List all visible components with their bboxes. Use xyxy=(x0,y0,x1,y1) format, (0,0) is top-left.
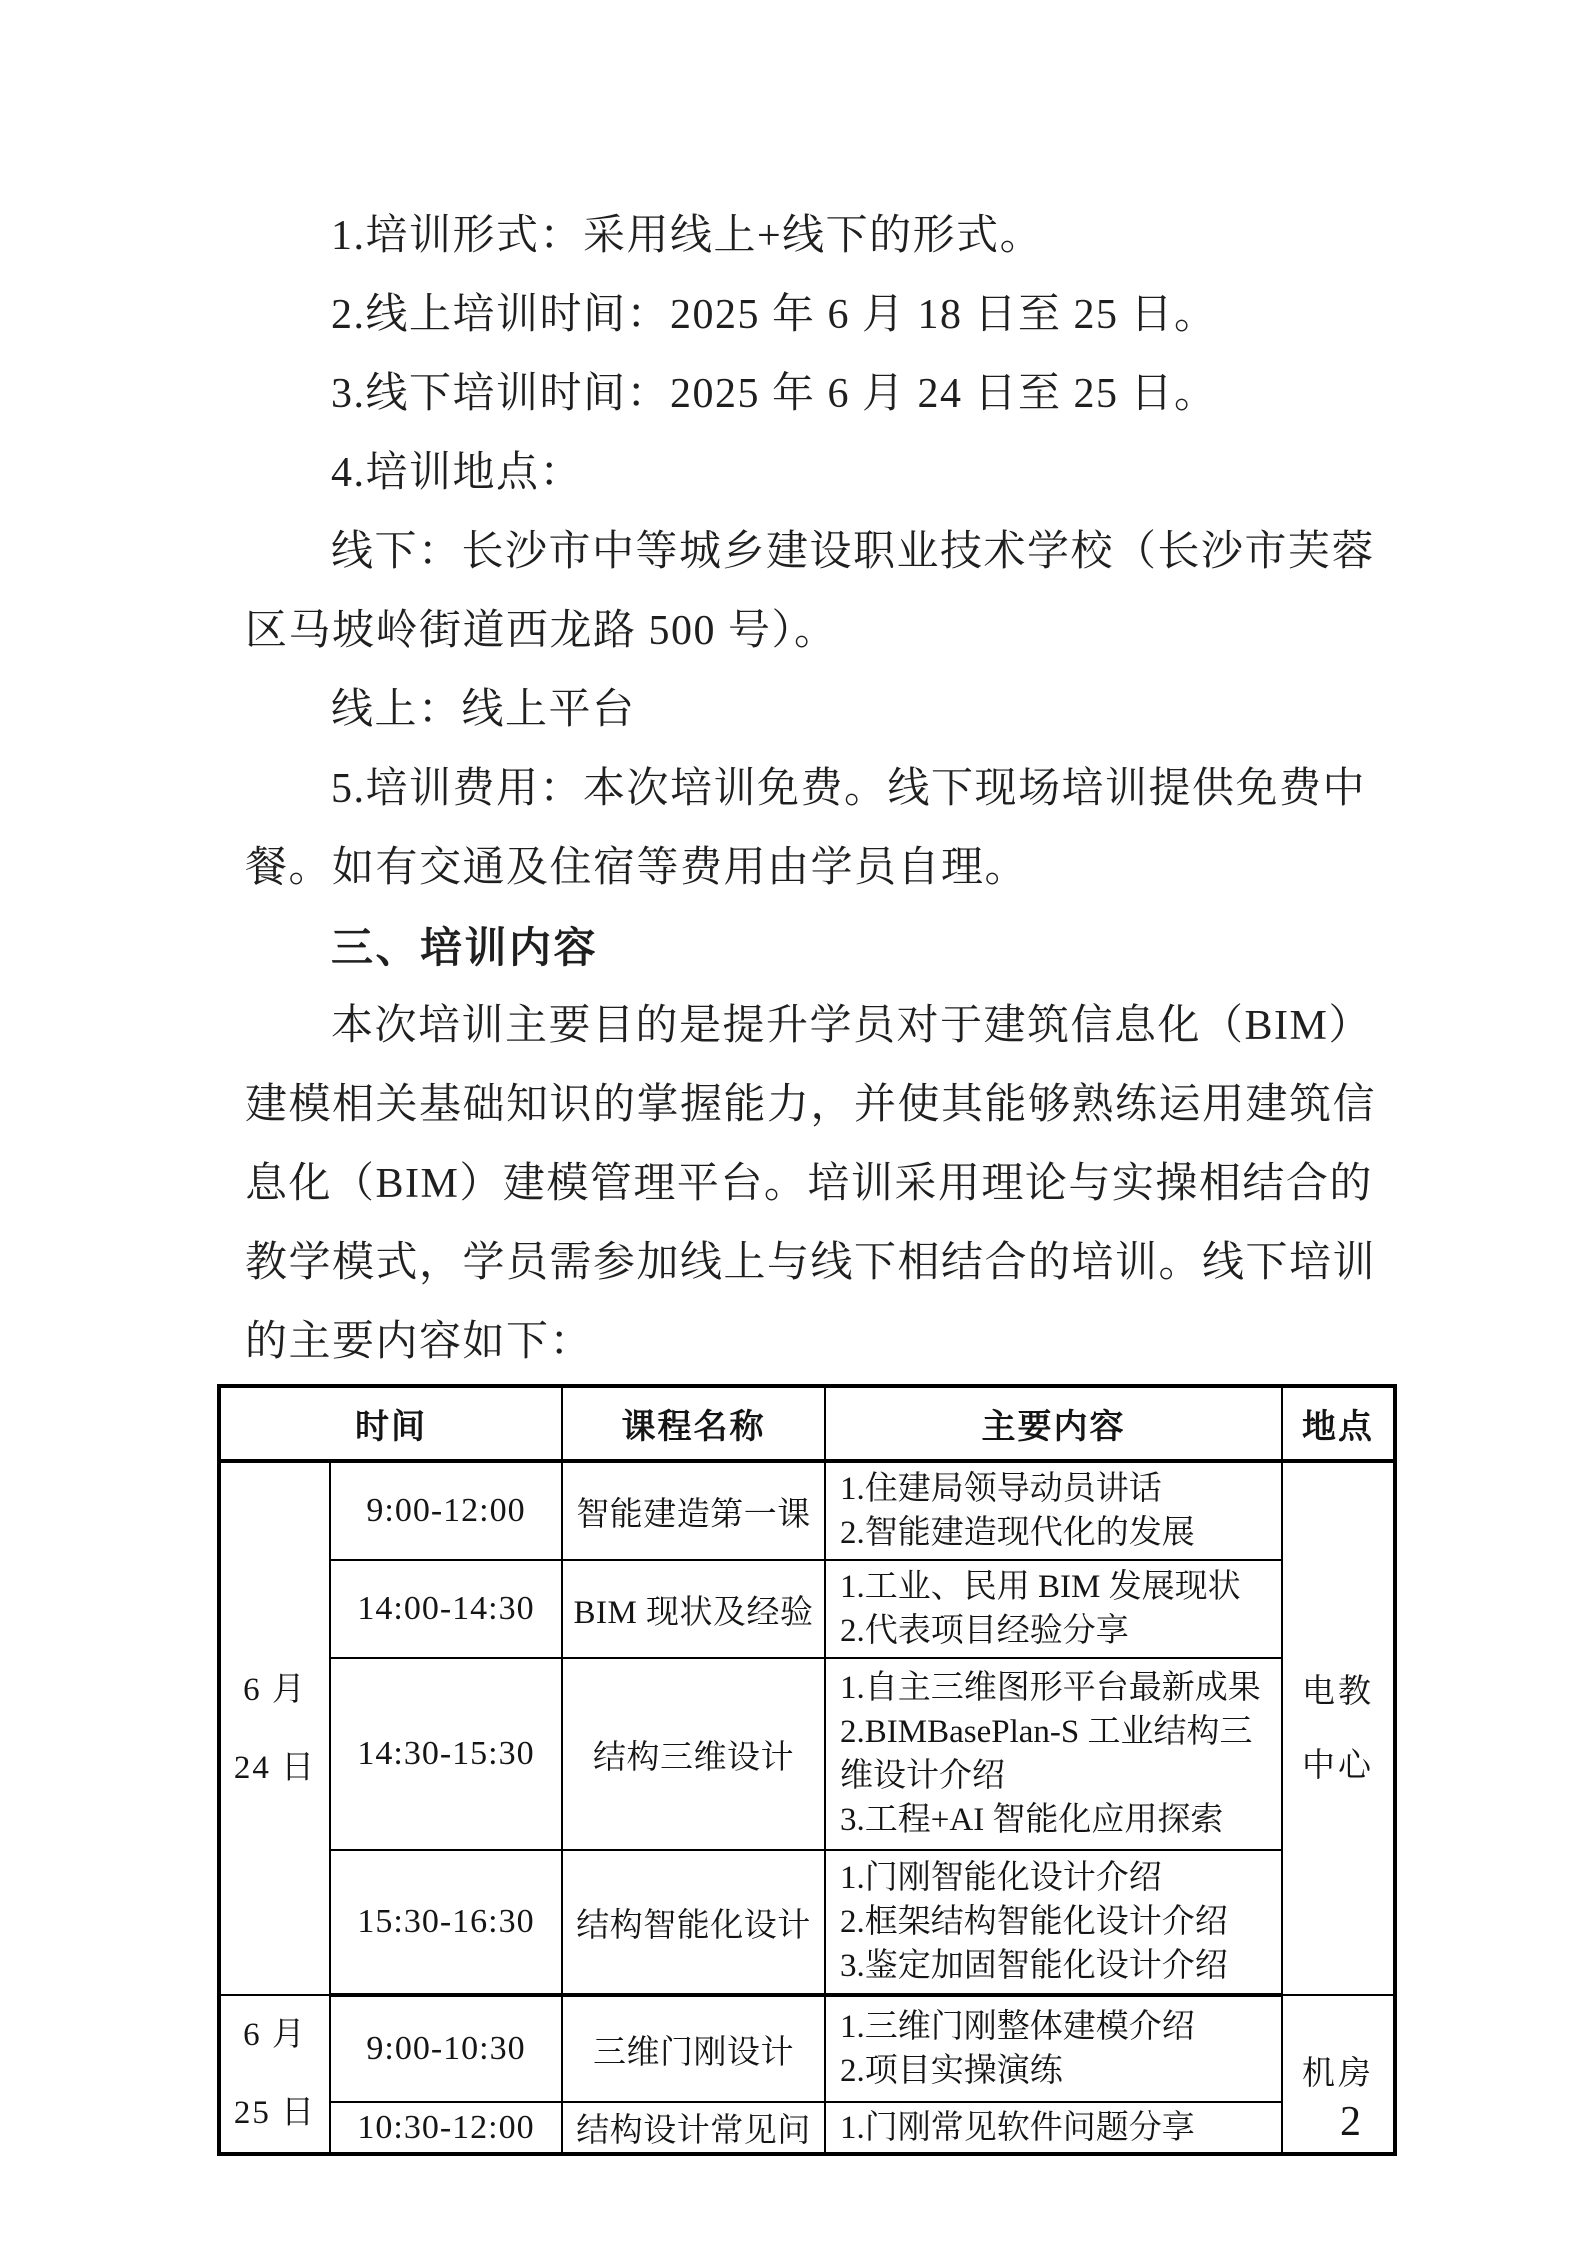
time-cell: 10:30-12:00 xyxy=(330,2102,562,2154)
table-header-course: 课程名称 xyxy=(562,1386,825,1461)
content-line: 1.三维门刚整体建模介绍 xyxy=(840,2005,1275,2049)
content-line: 1.门刚智能化设计介绍 xyxy=(840,1856,1275,1900)
paragraph-line-online-platform: 线上：线上平台 xyxy=(245,671,1395,750)
table-header-time: 时间 xyxy=(219,1386,562,1461)
paragraph-line-location-label: 4.培训地点： xyxy=(245,434,1395,513)
table-row: 6 月 25 日 9:00-10:30 三维门刚设计 1.三维门刚整体建模介绍 … xyxy=(219,1995,1395,2102)
content-cell: 1.自主三维图形平台最新成果 2.BIMBasePlan-S 工业结构三 维设计… xyxy=(825,1658,1282,1850)
course-cell: 结构三维设计 xyxy=(562,1658,825,1850)
content-line: 2.框架结构智能化设计介绍 xyxy=(840,1900,1275,1944)
paragraph-line-training-format: 1.培训形式：采用线上+线下的形式。 xyxy=(245,197,1395,276)
paragraph-line-purpose-2: 建模相关基础知识的掌握能力，并使其能够熟练运用建筑信 xyxy=(245,1066,1395,1145)
content-line: 3.工程+AI 智能化应用探索 xyxy=(840,1798,1275,1842)
time-cell: 14:30-15:30 xyxy=(330,1658,562,1850)
paragraph-line-offline-address-2: 区马坡岭街道西龙路 500 号）。 xyxy=(245,592,1395,671)
paragraph-line-online-time: 2.线上培训时间：2025 年 6 月 18 日至 25 日。 xyxy=(245,276,1395,355)
document-body: 1.培训形式：采用线上+线下的形式。 2.线上培训时间：2025 年 6 月 1… xyxy=(245,197,1395,1382)
content-line: 1.工业、民用 BIM 发展现状 xyxy=(840,1565,1275,1609)
table-row: 10:30-12:00 结构设计常见问 1.门刚常见软件问题分享 xyxy=(219,2102,1395,2154)
content-line: 1.门刚常见软件问题分享 xyxy=(840,2111,1275,2145)
content-line: 1.自主三维图形平台最新成果 xyxy=(840,1666,1275,1710)
date-line: 24 日 xyxy=(221,1729,329,1807)
table-row: 14:00-14:30 BIM 现状及经验 1.工业、民用 BIM 发展现状 2… xyxy=(219,1560,1395,1658)
paragraph-line-fee-1: 5.培训费用：本次培训免费。线下现场培训提供免费中 xyxy=(245,750,1395,829)
table-row: 15:30-16:30 结构智能化设计 1.门刚智能化设计介绍 2.框架结构智能… xyxy=(219,1850,1395,1995)
time-cell: 9:00-12:00 xyxy=(330,1461,562,1560)
time-cell: 15:30-16:30 xyxy=(330,1850,562,1995)
content-cell: 1.三维门刚整体建模介绍 2.项目实操演练 xyxy=(825,1995,1282,2102)
date-cell-june-25: 6 月 25 日 xyxy=(219,1995,330,2154)
paragraph-line-purpose-4: 教学模式，学员需参加线上与线下相结合的培训。线下培训 xyxy=(245,1224,1395,1303)
table-header-content: 主要内容 xyxy=(825,1386,1282,1461)
content-line: 2.智能建造现代化的发展 xyxy=(840,1511,1275,1555)
content-line: 2.BIMBasePlan-S 工业结构三 xyxy=(840,1710,1275,1754)
table-row: 14:30-15:30 结构三维设计 1.自主三维图形平台最新成果 2.BIMB… xyxy=(219,1658,1395,1850)
table-row: 6 月 24 日 9:00-12:00 智能建造第一课 1.住建局领导动员讲话 … xyxy=(219,1461,1395,1560)
content-line: 1.住建局领导动员讲话 xyxy=(840,1467,1275,1511)
table-header-location: 地点 xyxy=(1282,1386,1395,1461)
content-line: 3.鉴定加固智能化设计介绍 xyxy=(840,1944,1275,1988)
paragraph-line-purpose-3: 息化（BIM）建模管理平台。培训采用理论与实操相结合的 xyxy=(245,1145,1395,1224)
location-line: 电教 xyxy=(1283,1655,1393,1729)
paragraph-line-fee-2: 餐。如有交通及住宿等费用由学员自理。 xyxy=(245,829,1395,908)
content-cell: 1.门刚常见软件问题分享 xyxy=(825,2102,1282,2154)
date-cell-june-24: 6 月 24 日 xyxy=(219,1461,330,1995)
paragraph-line-offline-address-1: 线下：长沙市中等城乡建设职业技术学校（长沙市芙蓉 xyxy=(245,513,1395,592)
time-cell: 14:00-14:30 xyxy=(330,1560,562,1658)
section-heading-training-content: 三、培训内容 xyxy=(245,908,1395,987)
schedule-table: 时间 课程名称 主要内容 地点 6 月 24 日 9:00-12:00 智能建造… xyxy=(217,1384,1397,2156)
location-cell-av-center: 电教 中心 xyxy=(1282,1461,1395,1995)
location-line: 机房 xyxy=(1283,2037,1393,2111)
paragraph-line-offline-time: 3.线下培训时间：2025 年 6 月 24 日至 25 日。 xyxy=(245,355,1395,434)
course-cell: 三维门刚设计 xyxy=(562,1995,825,2102)
paragraph-line-purpose-5: 的主要内容如下： xyxy=(245,1303,1395,1382)
content-line: 2.项目实操演练 xyxy=(840,2049,1275,2093)
date-line: 6 月 xyxy=(221,1651,329,1729)
location-line: 中心 xyxy=(1283,1729,1393,1803)
content-cell: 1.住建局领导动员讲话 2.智能建造现代化的发展 xyxy=(825,1461,1282,1560)
date-line: 6 月 xyxy=(221,1996,329,2074)
course-cell: 智能建造第一课 xyxy=(562,1461,825,1560)
paragraph-line-purpose-1: 本次培训主要目的是提升学员对于建筑信息化（BIM） xyxy=(245,987,1395,1066)
content-cell: 1.工业、民用 BIM 发展现状 2.代表项目经验分享 xyxy=(825,1560,1282,1658)
course-cell: 结构智能化设计 xyxy=(562,1850,825,1995)
location-cell-computer-room: 机房 xyxy=(1282,1995,1395,2154)
time-cell: 9:00-10:30 xyxy=(330,1995,562,2102)
page-number: 2 xyxy=(1340,2098,1361,2146)
content-line: 2.代表项目经验分享 xyxy=(840,1609,1275,1653)
content-line: 维设计介绍 xyxy=(840,1754,1275,1798)
course-cell: BIM 现状及经验 xyxy=(562,1560,825,1658)
document-page: 1.培训形式：采用线上+线下的形式。 2.线上培训时间：2025 年 6 月 1… xyxy=(0,0,1587,2245)
date-line: 25 日 xyxy=(221,2074,329,2152)
content-cell: 1.门刚智能化设计介绍 2.框架结构智能化设计介绍 3.鉴定加固智能化设计介绍 xyxy=(825,1850,1282,1995)
course-cell: 结构设计常见问 xyxy=(562,2102,825,2154)
table-header-row: 时间 课程名称 主要内容 地点 xyxy=(219,1386,1395,1461)
